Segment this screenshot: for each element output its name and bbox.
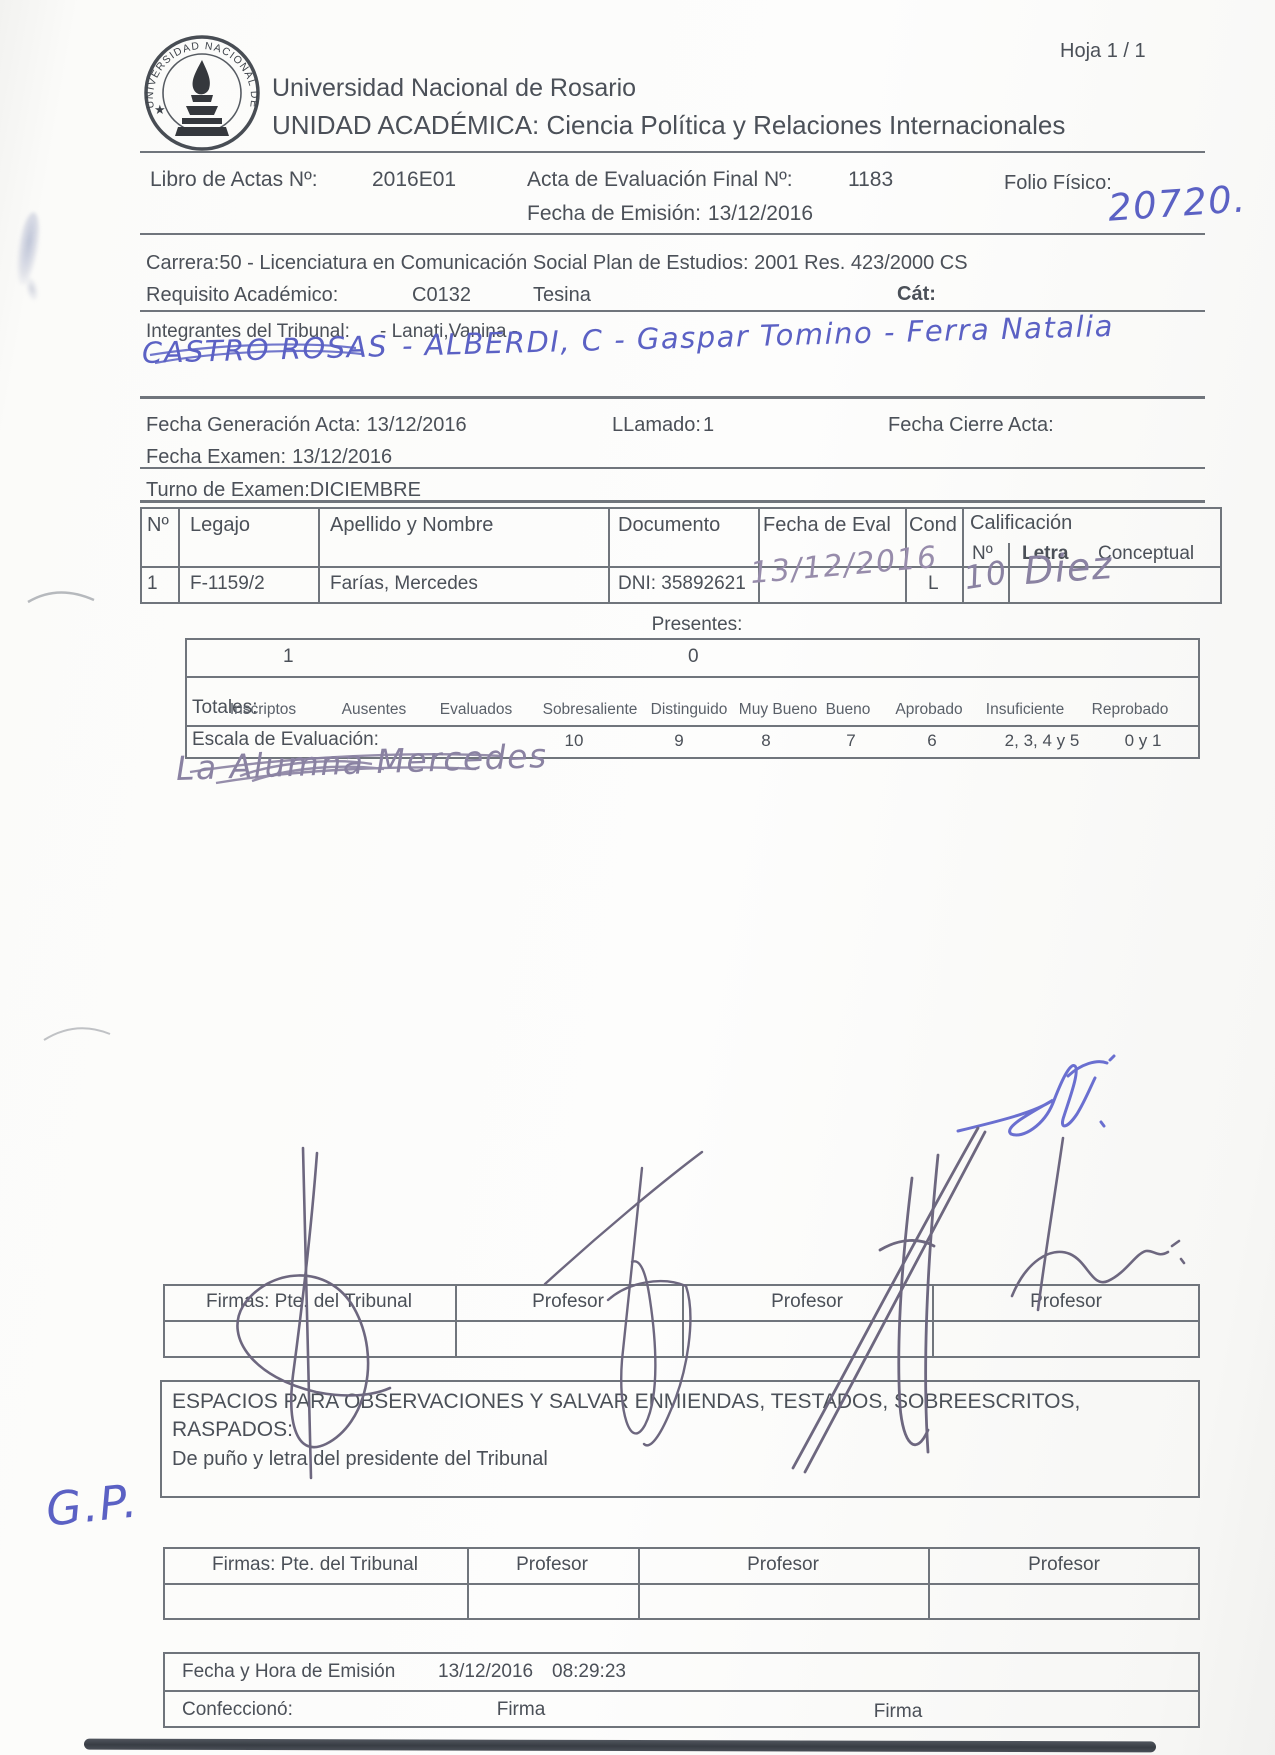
observaciones-linea2: RASPADOS: xyxy=(172,1418,293,1442)
table-border xyxy=(682,1284,684,1358)
firmas1-col-profesor-3: Profesor xyxy=(1030,1291,1102,1313)
divider xyxy=(140,500,1205,503)
divider xyxy=(140,233,1205,235)
table-border xyxy=(163,1284,165,1358)
llamado-label: LLamado: xyxy=(612,414,701,436)
totales-col-muy-bueno: Muy Bueno xyxy=(739,701,817,719)
firmas1-col-profesor-1: Profesor xyxy=(532,1291,604,1313)
totales-col-sobresaliente: Sobresaliente xyxy=(543,701,638,719)
totales-col-ausentes: Ausentes xyxy=(342,701,407,719)
lamp-flame-icon xyxy=(175,60,229,136)
libro-actas-value: 2016E01 xyxy=(372,168,456,192)
firma-label-1: Firma xyxy=(497,1699,546,1721)
scanned-document-page: Hoja 1 / 1 UNIVERSIDAD NACIONAL DE ROSAR… xyxy=(0,0,1275,1755)
row-fecha-handwritten: 13/12/2016 xyxy=(749,540,939,591)
row-n: 1 xyxy=(147,573,158,595)
requisito-nombre: Tesina xyxy=(533,284,591,307)
scan-edge-artifact xyxy=(84,1739,1156,1753)
firmas2-col-profesor-1: Profesor xyxy=(516,1554,588,1576)
fecha-generacion-value: 13/12/2016 xyxy=(367,414,467,436)
catedra-label: Cát: xyxy=(897,283,936,306)
divider xyxy=(185,638,1200,640)
signature-blue xyxy=(958,1056,1114,1135)
table-border xyxy=(638,1547,640,1620)
table-border xyxy=(928,1547,930,1620)
tribunal-handwritten: CASTRO ROSAS- ALBERDI, C - Gaspar Tomino… xyxy=(142,309,1115,370)
acta-numero-value: 1183 xyxy=(848,168,893,192)
table-header-calificacion: Calificación xyxy=(970,512,1072,535)
divider xyxy=(185,676,1200,678)
presentes-label: Presentes: xyxy=(652,614,743,636)
turno-line: Turno de Examen:DICIEMBRE xyxy=(146,479,421,502)
acta-numero-label: Acta de Evaluación Final Nº: xyxy=(527,168,793,192)
fecha-emision-value: 13/12/2016 xyxy=(708,202,813,225)
svg-text:UNIVERSIDAD NACIONAL DE ROSARI: UNIVERSIDAD NACIONAL DE ROSARIO xyxy=(134,32,260,109)
pencil-arc-artifacts xyxy=(28,592,110,1040)
table-border xyxy=(163,1547,1200,1549)
divider xyxy=(185,638,187,759)
table-header-n: Nº xyxy=(147,514,169,537)
table-border xyxy=(1198,1284,1200,1358)
fecha-generacion-line: Fecha Generación Acta:13/12/2016 xyxy=(146,414,467,437)
table-border xyxy=(140,602,1222,604)
totales-col-evaluados: Evaluados xyxy=(440,701,512,719)
table-border xyxy=(455,1284,457,1358)
row-documento: DNI: 35892621 xyxy=(618,573,746,595)
totales-col-insuficiente: Insuficiente xyxy=(986,701,1064,719)
table-border xyxy=(1220,507,1222,604)
escala-valor-7: 7 xyxy=(846,731,855,751)
presentes-valor-izquierda: 1 xyxy=(283,646,294,668)
tribunal-handwritten-rest: - ALBERDI, C - Gaspar Tomino - Ferra Nat… xyxy=(401,309,1114,363)
academic-unit: UNIDAD ACADÉMICA: Ciencia Política y Rel… xyxy=(272,110,1065,141)
margin-initials-handwritten: G.P. xyxy=(43,1473,140,1536)
divider xyxy=(1198,638,1200,759)
table-border xyxy=(140,507,1222,509)
table-border xyxy=(1008,543,1010,604)
emision-footer-hora: 08:29:23 xyxy=(552,1661,626,1683)
unr-seal-logo: UNIVERSIDAD NACIONAL DE ROSARIO ★ xyxy=(134,32,274,158)
emision-footer-label: Fecha y Hora de Emisión xyxy=(182,1661,395,1683)
emision-footer-fecha: 13/12/2016 xyxy=(438,1661,533,1683)
escala-valor-2345: 2, 3, 4 y 5 xyxy=(1005,731,1080,751)
table-border xyxy=(932,1284,934,1358)
fecha-emision-label: Fecha de Emisión: xyxy=(527,202,701,225)
escala-valor-8: 8 xyxy=(761,731,770,751)
divider xyxy=(140,151,1205,153)
fecha-examen-line: Fecha Examen:13/12/2016 xyxy=(146,446,392,469)
turno-value: DICIEMBRE xyxy=(310,479,421,501)
table-border xyxy=(318,507,320,604)
escala-valor-6: 6 xyxy=(927,731,936,751)
fecha-cierre-label: Fecha Cierre Acta: xyxy=(888,414,1054,437)
table-border xyxy=(467,1547,469,1620)
table-border xyxy=(163,1583,1200,1585)
totales-col-distinguido: Distinguido xyxy=(651,701,728,719)
table-border xyxy=(140,507,142,604)
tribunal-handwritten-struck: CASTRO ROSAS xyxy=(142,329,389,370)
table-header-apellido: Apellido y Nombre xyxy=(330,514,493,537)
divider xyxy=(140,396,1205,399)
row-cond: L xyxy=(928,573,939,595)
seal-star-icon: ★ xyxy=(154,102,166,117)
fecha-emision-line: Fecha de Emisión:13/12/2016 xyxy=(527,202,813,226)
observaciones-linea3: De puño y letra del presidente del Tribu… xyxy=(172,1448,548,1471)
firmas2-col-presidente: Firmas: Pte. del Tribunal xyxy=(212,1554,418,1576)
firmas2-col-profesor-2: Profesor xyxy=(747,1554,819,1576)
escala-valor-9: 9 xyxy=(674,731,683,751)
scan-smudge xyxy=(23,275,41,303)
divider xyxy=(140,467,1205,469)
llamado-line: LLamado:1 xyxy=(612,414,714,437)
table-border xyxy=(962,507,964,604)
seal-ring-text: UNIVERSIDAD NACIONAL DE ROSARIO xyxy=(134,32,260,109)
firmas1-col-presidente: Firmas: Pte. del Tribunal xyxy=(206,1291,412,1313)
confecciono-label: Confeccionó: xyxy=(182,1699,293,1721)
carrera-line: Carrera:50 - Licenciatura en Comunicació… xyxy=(146,252,968,275)
table-border xyxy=(163,1618,1200,1620)
totales-col-reprobado: Reprobado xyxy=(1092,701,1169,719)
presentes-valor-centro: 0 xyxy=(688,646,699,668)
table-border xyxy=(163,1547,165,1620)
fecha-examen-value: 13/12/2016 xyxy=(292,446,392,468)
firmas1-col-profesor-2: Profesor xyxy=(771,1291,843,1313)
requisito-codigo: C0132 xyxy=(412,284,471,307)
row-apellido: Farías, Mercedes xyxy=(330,573,478,595)
row-legajo: F-1159/2 xyxy=(190,573,265,595)
requisito-label: Requisito Académico: xyxy=(146,284,338,307)
fecha-generacion-label: Fecha Generación Acta: xyxy=(146,414,361,436)
table-border xyxy=(1198,1547,1200,1620)
page-counter: Hoja 1 / 1 xyxy=(1060,40,1146,63)
divider xyxy=(163,1690,1200,1692)
firma-label-2: Firma xyxy=(874,1701,923,1723)
folio-fisico-handwritten: 20720. xyxy=(1107,177,1248,230)
table-header-documento: Documento xyxy=(618,514,720,537)
observaciones-linea1: ESPACIOS PARA OBSERVACIONES Y SALVAR ENM… xyxy=(172,1390,1080,1414)
llamado-value: 1 xyxy=(703,414,714,436)
folio-fisico-label: Folio Físico: xyxy=(1004,172,1112,195)
totales-col-aprobado: Aprobado xyxy=(895,701,962,719)
firmas2-col-profesor-3: Profesor xyxy=(1028,1554,1100,1576)
table-border xyxy=(608,507,610,604)
totales-col-inscriptos: Inscriptos xyxy=(230,701,296,719)
table-border xyxy=(178,507,180,604)
escala-valor-10: 10 xyxy=(565,731,584,751)
row-nota-numero-handwritten: 10 xyxy=(961,553,1010,597)
escala-valor-0y1: 0 y 1 xyxy=(1125,731,1162,751)
turno-label: Turno de Examen: xyxy=(146,479,310,501)
row-nota-letra-handwritten: Diez xyxy=(1023,543,1115,593)
table-header-fecha-eval: Fecha de Eval xyxy=(763,514,891,537)
totales-col-bueno: Bueno xyxy=(826,701,871,719)
table-header-legajo: Legajo xyxy=(190,514,250,537)
libro-actas-label: Libro de Actas Nº: xyxy=(150,168,318,192)
university-name: Universidad Nacional de Rosario xyxy=(272,74,636,103)
table-header-cond: Cond xyxy=(909,514,957,537)
fecha-examen-label: Fecha Examen: xyxy=(146,446,286,468)
divider xyxy=(185,725,1200,727)
